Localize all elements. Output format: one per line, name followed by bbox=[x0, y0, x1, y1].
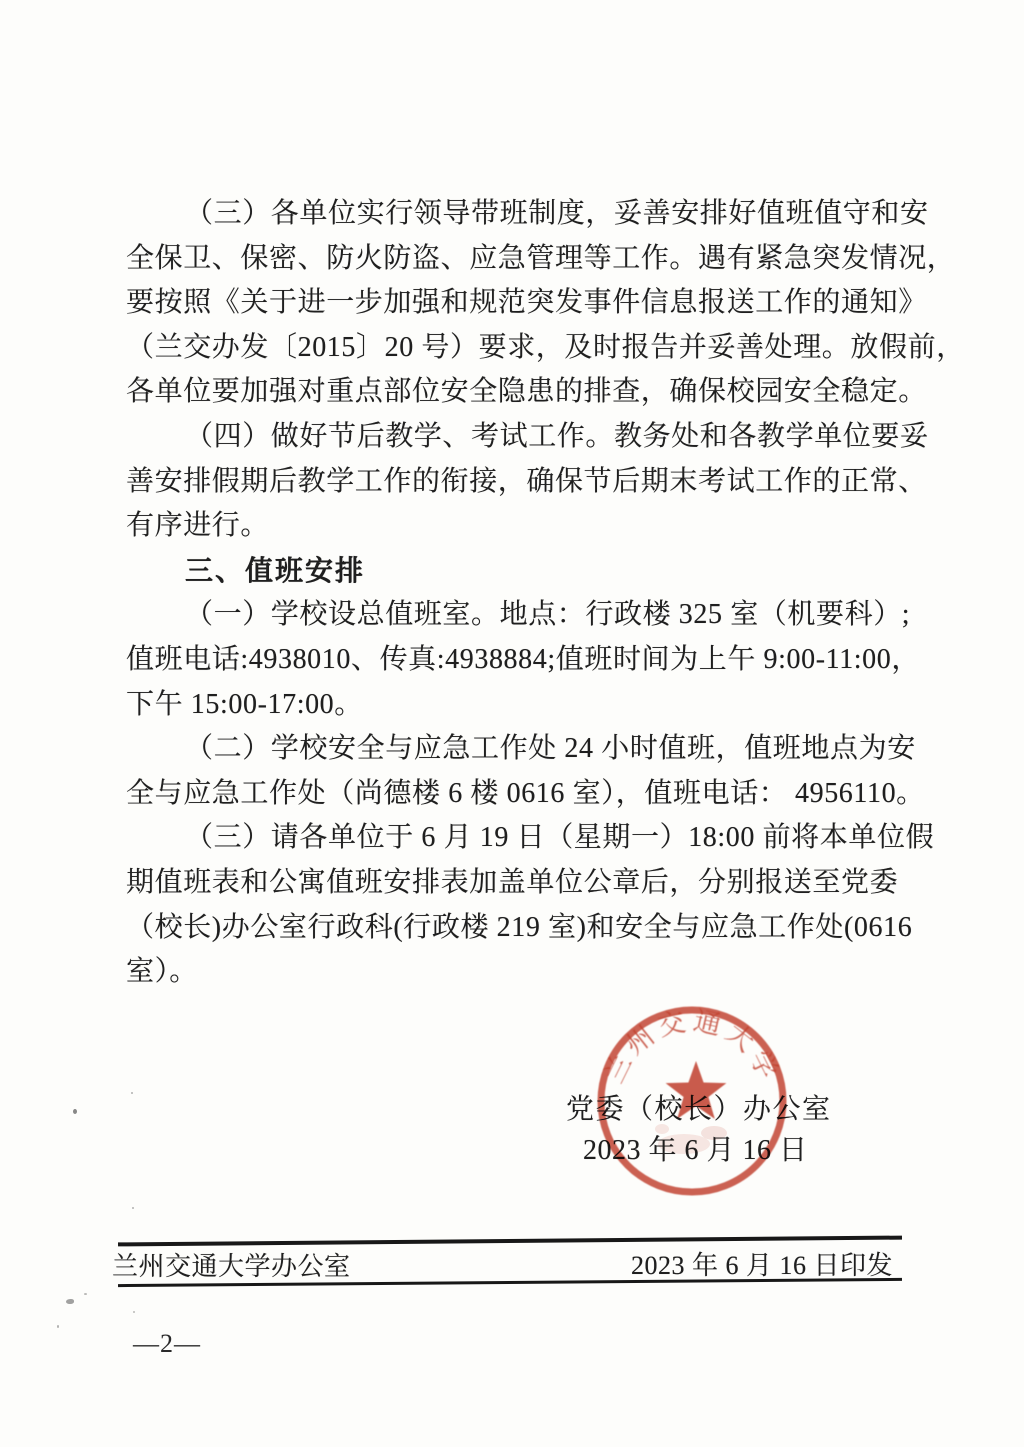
body-line: 各单位要加强对重点部位安全隐患的排查，确保校园安全稳定。 bbox=[126, 370, 906, 415]
body-line: 期值班表和公寓值班安排表加盖单位公章后，分别报送至党委 bbox=[126, 861, 906, 906]
body-line: 全保卫、保密、防火防盗、应急管理等工作。遇有紧急突发情况， bbox=[126, 237, 906, 282]
scan-speck bbox=[133, 1311, 135, 1313]
body-line: 善安排假期后教学工作的衔接，确保节后期末考试工作的正常、 bbox=[126, 460, 906, 505]
scan-speck bbox=[131, 1092, 133, 1094]
body-line: （三）请各单位于 6 月 19 日（星期一）18:00 前将本单位假 bbox=[126, 816, 906, 861]
body-line: 室）。 bbox=[126, 950, 906, 995]
body-line: 要按照《关于进一步加强和规范突发事件信息报送工作的通知》 bbox=[126, 281, 906, 326]
section-heading: 三、值班安排 bbox=[126, 549, 906, 594]
body-line: （校长)办公室行政科(行政楼 219 室)和安全与应急工作处(0616 bbox=[126, 906, 906, 951]
scan-speck bbox=[73, 1109, 77, 1114]
body-line: 下午 15:00-17:00。 bbox=[126, 683, 906, 728]
body-line: 值班电话:4938010、传真:4938884;值班时间为上午 9:00-11:… bbox=[126, 638, 906, 683]
body-line: 有序进行。 bbox=[126, 504, 906, 549]
body-line: （三）各单位实行领导带班制度，妥善安排好值班值守和安 bbox=[126, 192, 906, 237]
signature-date: 2023 年 6 月 16 日 bbox=[583, 1128, 808, 1168]
body-line: （四）做好节后教学、考试工作。教务处和各教学单位要妥 bbox=[126, 415, 906, 460]
document-body: （三）各单位实行领导带班制度，妥善安排好值班值守和安全保卫、保密、防火防盗、应急… bbox=[126, 192, 906, 995]
body-line: 全与应急工作处（尚德楼 6 楼 0616 室），值班电话： 4956110。 bbox=[126, 772, 906, 817]
scan-speck bbox=[57, 1325, 59, 1328]
scan-speck bbox=[84, 1293, 87, 1295]
scan-speck bbox=[66, 1299, 74, 1304]
footer-print-date: 2023 年 6 月 16 日印发 bbox=[631, 1245, 893, 1282]
page-number: —2— bbox=[133, 1329, 201, 1359]
footer-issuer: 兰州交通大学办公室 bbox=[112, 1246, 351, 1283]
signature-org: 党委（校长）办公室 bbox=[566, 1087, 832, 1127]
seal-arc-text: 兰州交通大学 bbox=[599, 1005, 785, 1087]
body-line: （兰交办发〔2015〕20 号）要求，及时报告并妥善处理。放假前， bbox=[126, 326, 906, 371]
document-page: （三）各单位实行领导带班制度，妥善安排好值班值守和安全保卫、保密、防火防盗、应急… bbox=[0, 0, 1024, 1447]
body-line: （一）学校设总值班室。地点：行政楼 325 室（机要科）; bbox=[126, 593, 906, 638]
body-line: （二）学校安全与应急工作处 24 小时值班，值班地点为安 bbox=[126, 727, 906, 772]
scan-speck bbox=[132, 1207, 134, 1209]
